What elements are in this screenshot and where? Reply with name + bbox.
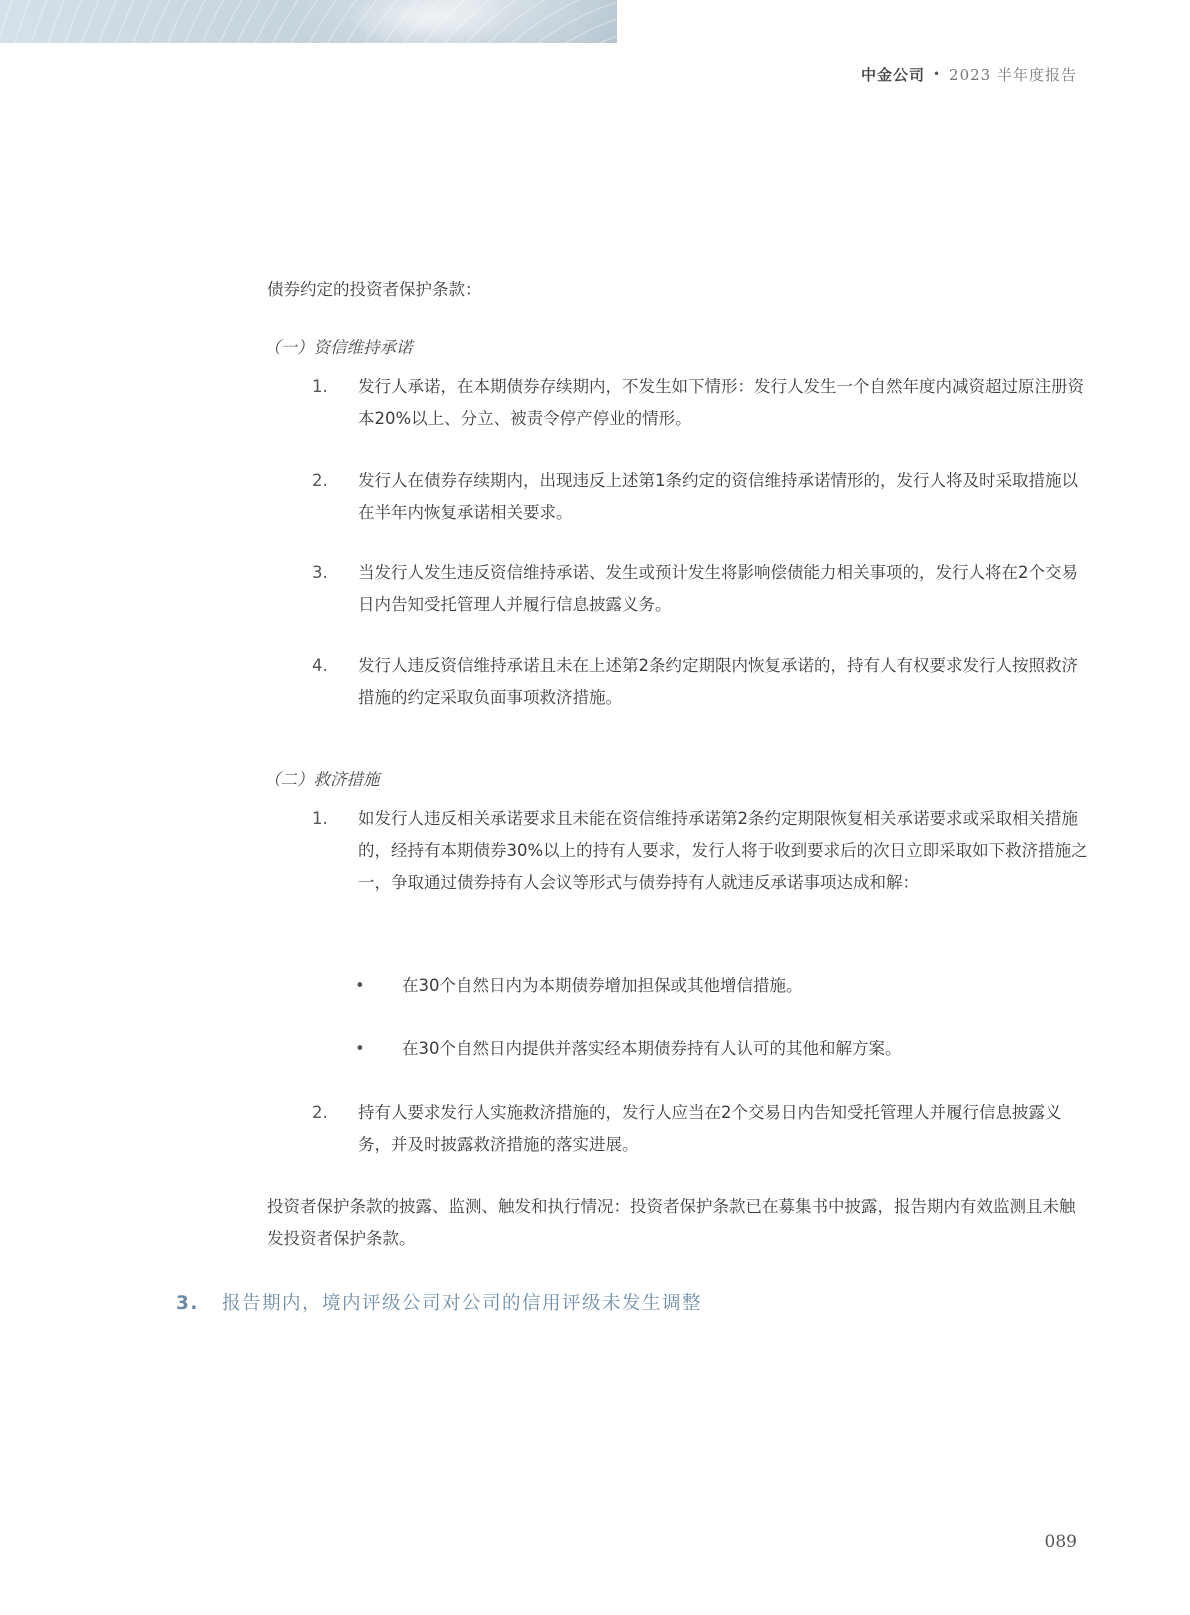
- disclosure-paragraph: 投资者保护条款的披露、监测、触发和执行情况：投资者保护条款已在募集书中披露，报告…: [267, 1191, 1079, 1255]
- list-text: 如发行人违反相关承诺要求且未能在资信维持承诺第2条约定期限恢复相关承诺要求或采取…: [358, 803, 1090, 899]
- bullet-item: • 在30个自然日内提供并落实经本期债券持有人认可的其他和解方案。: [355, 1033, 1075, 1065]
- list-text: 发行人承诺，在本期债券存续期内，不发生如下情形：发行人发生一个自然年度内减资超过…: [358, 371, 1090, 435]
- list-number: 1.: [312, 803, 352, 835]
- list-item: 4. 发行人违反资信维持承诺且未在上述第2条约定期限内恢复承诺的，持有人有权要求…: [312, 650, 1092, 714]
- list-item: 1. 发行人承诺，在本期债券存续期内，不发生如下情形：发行人发生一个自然年度内减…: [312, 371, 1092, 435]
- section-number: 3.: [176, 1293, 222, 1314]
- subsection-title-remedies: （二）救济措施: [264, 766, 380, 790]
- bullet-text: 在30个自然日内提供并落实经本期债券持有人认可的其他和解方案。: [402, 1033, 1075, 1065]
- company-name: 中金公司: [861, 66, 925, 84]
- list-text: 发行人在债券存续期内，出现违反上述第1条约定的资信维持承诺情形的，发行人将及时采…: [358, 465, 1090, 529]
- list-item: 3. 当发行人发生违反资信维持承诺、发生或预计发生将影响偿债能力相关事项的，发行…: [312, 557, 1092, 621]
- section-title: 报告期内，境内评级公司对公司的信用评级未发生调整: [222, 1293, 702, 1314]
- list-number: 1.: [312, 371, 352, 403]
- decorative-header-banner: [0, 0, 617, 43]
- page-number: 089: [1045, 1532, 1077, 1552]
- section-heading: 3.报告期内，境内评级公司对公司的信用评级未发生调整: [176, 1289, 702, 1315]
- list-number: 2.: [312, 1097, 352, 1129]
- subsection-title-credit-maintenance: （一）资信维持承诺: [264, 334, 413, 358]
- list-item: 1. 如发行人违反相关承诺要求且未能在资信维持承诺第2条约定期限恢复相关承诺要求…: [312, 803, 1092, 899]
- list-number: 2.: [312, 465, 352, 497]
- list-item: 2. 持有人要求发行人实施救济措施的，发行人应当在2个交易日内告知受托管理人并履…: [312, 1097, 1092, 1161]
- list-number: 3.: [312, 557, 352, 589]
- report-title: 2023 半年度报告: [949, 66, 1077, 84]
- list-number: 4.: [312, 650, 352, 682]
- bullet-text: 在30个自然日内为本期债券增加担保或其他增信措施。: [402, 970, 1075, 1002]
- list-item: 2. 发行人在债券存续期内，出现违反上述第1条约定的资信维持承诺情形的，发行人将…: [312, 465, 1092, 529]
- intro-paragraph: 债券约定的投资者保护条款：: [267, 274, 482, 306]
- running-header: 中金公司•2023 半年度报告: [861, 64, 1077, 85]
- bullet-icon: •: [355, 970, 365, 1002]
- bullet-icon: •: [355, 1033, 365, 1065]
- list-text: 发行人违反资信维持承诺且未在上述第2条约定期限内恢复承诺的，持有人有权要求发行人…: [358, 650, 1090, 714]
- bullet-item: • 在30个自然日内为本期债券增加担保或其他增信措施。: [355, 970, 1075, 1002]
- list-text: 当发行人发生违反资信维持承诺、发生或预计发生将影响偿债能力相关事项的，发行人将在…: [358, 557, 1090, 621]
- separator-dot: •: [933, 67, 941, 81]
- list-text: 持有人要求发行人实施救济措施的，发行人应当在2个交易日内告知受托管理人并履行信息…: [358, 1097, 1090, 1161]
